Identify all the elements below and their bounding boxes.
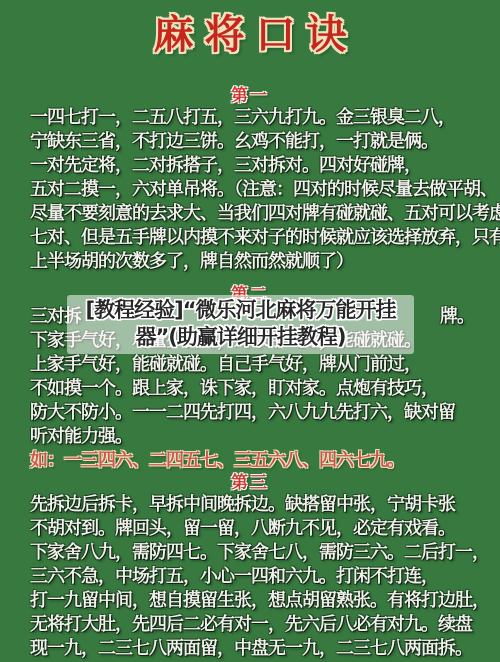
section-3-header: 第三 [0, 473, 500, 493]
promo-overlay-text-line-1: [教程经验]“微乐河北麻将万能开挂 [67, 297, 414, 324]
text-line: 宁缺东三省，不打边三饼。幺鸡不能打，一打就是俩。 [30, 130, 474, 154]
text-line: 先拆边后拆卡，早拆中间晚拆边。缺搭留中张，宁胡卡张 [30, 493, 474, 517]
page-title: 麻将口诀 [0, 12, 500, 58]
text-line: 不如摸一个。跟上家，诛下家，盯对家。点炮有技巧， [30, 377, 474, 401]
text-line: 一对先定将，二对拆搭子，三对拆对。四对好碰牌， [30, 154, 474, 178]
promo-overlay-text-line-2: 器”(助赢详细开挂教程) [67, 324, 414, 351]
text-line: 防大不防小。一一二四先打四，六八九九先打六，缺对留 [30, 401, 474, 425]
section-1-body: 一四七打一，二五八打五，三六九打九。金三银臭二八， 宁缺东三省，不打边三饼。幺鸡… [0, 106, 500, 274]
text-line: 上家手气好，能碰就碰。自己手气好，牌从门前过， [30, 353, 474, 377]
text-line: 打一九留中间，想自摸留生张，想点胡留熟张。有将打边肚， [30, 589, 474, 613]
text-line: 无将打大肚，先四后二必有对一，先六后八必有对九。续盘 [30, 613, 474, 637]
mahjong-tips-poster: 麻将口诀 第一 一四七打一，二五八打五，三六九打九。金三银臭二八， 宁缺东三省，… [0, 0, 500, 662]
text-line: 下家舍八九，需防四七。下家舍七八，需防三六。二后打一， [30, 541, 474, 565]
text-line: 尽量不要刻意的去求大、当我们四对牌有碰就碰、五对可以考虑 [30, 202, 474, 226]
example-line: 如：一三四六、二四五七、三五六八、四六七九。 [30, 449, 474, 473]
text-line: 不胡对到。牌回头，留一留，八断九不见，必定有戏看。 [30, 517, 474, 541]
promo-overlay-box: [教程经验]“微乐河北麻将万能开挂 器”(助赢详细开挂教程) [67, 295, 414, 354]
text-line: 一四七打一，二五八打五，三六九打九。金三银臭二八， [30, 106, 474, 130]
text-line: 七对、但是五手牌以内摸不来对子的时候就应该选择放弃，只有 [30, 226, 474, 250]
section-3-body: 先拆边后拆卡，早拆中间晚拆边。缺搭留中张，宁胡卡张 不胡对到。牌回头，留一留，八… [0, 493, 500, 661]
text-line: 上半场胡的次数多了，牌自然而然就顺了） [30, 250, 474, 274]
covered-line-right: 牌。 [440, 305, 474, 329]
text-line: 五对二摸一，六对单吊将。（注意：四对的时候尽量去做平胡、 [30, 178, 474, 202]
text-line: 听对能力强。 [30, 425, 474, 449]
text-line: 三六不急，中场打五，小心一四和六九。打闲不打连， [30, 565, 474, 589]
text-line: 现一九，二三七八两面留，中盘无一九，二三七八两面拆。 [30, 637, 474, 661]
section-1-header: 第一 [0, 86, 500, 106]
